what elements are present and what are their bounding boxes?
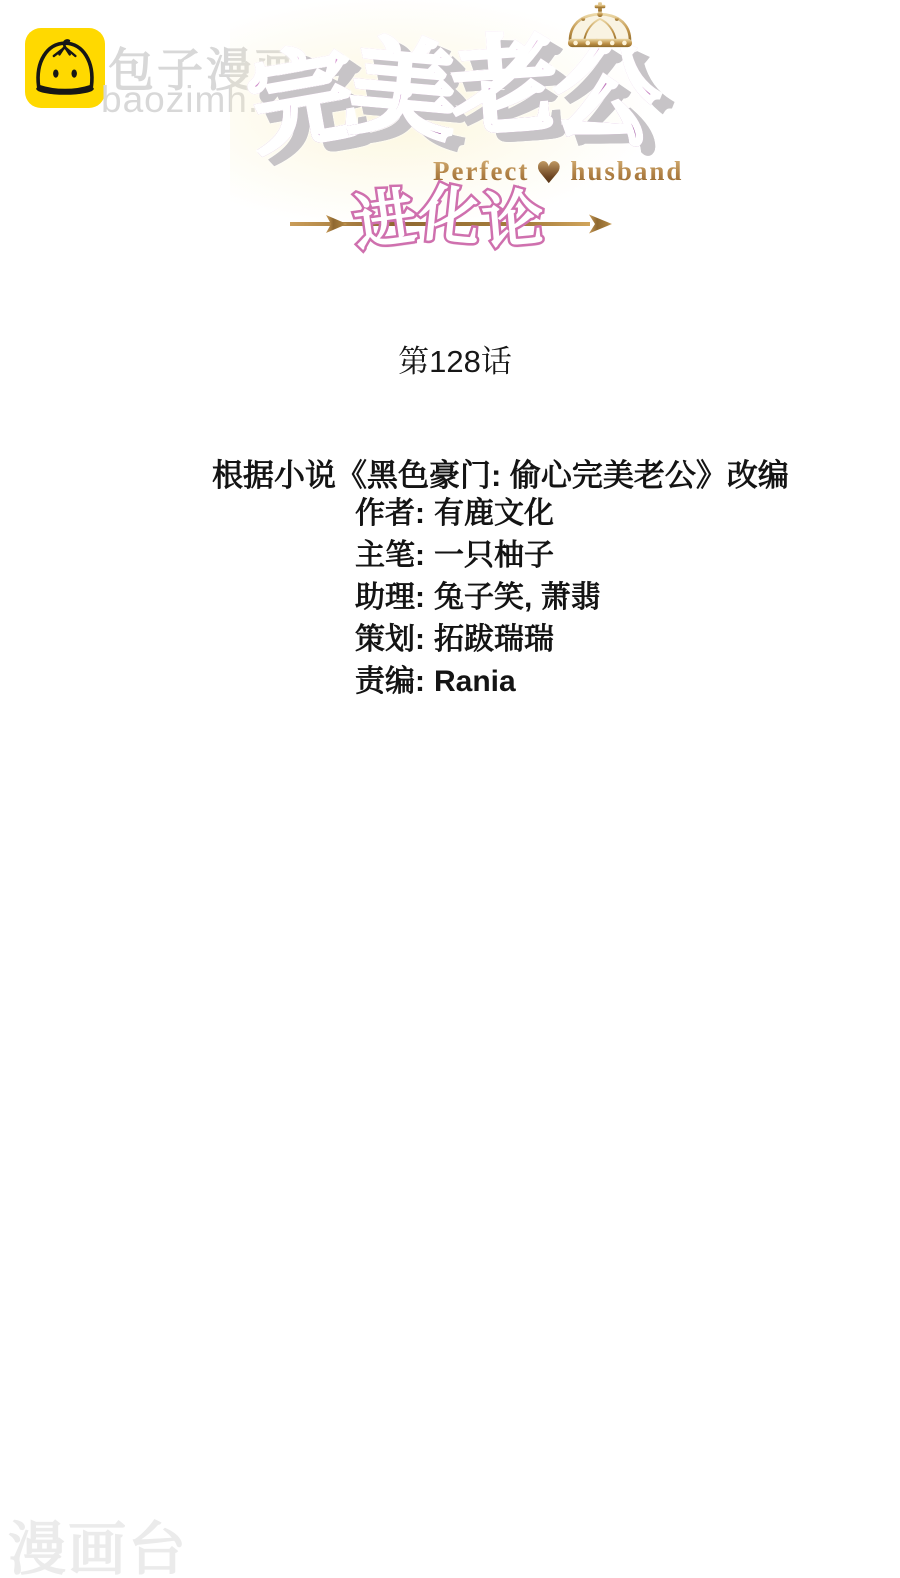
credit-row-planner: 策划:拓跋瑞瑞: [355, 625, 601, 655]
chapter-heading: 第128话: [0, 336, 900, 381]
credit-row-editor: 责编:Rania: [355, 667, 601, 697]
credit-value: 拓跋瑞瑞: [434, 623, 554, 656]
credit-value: 兔子笑, 萧翡: [434, 581, 601, 614]
title-en-right: husband: [570, 156, 683, 186]
credit-value: 一只柚子: [434, 539, 554, 572]
credit-row-lead-artist: 主笔:一只柚子: [355, 541, 601, 571]
baozi-bun-icon: [25, 28, 105, 108]
credits-list: 作者:有鹿文化 主笔:一只柚子 助理:兔子笑, 萧翡 策划:拓跋瑞瑞 责编:Ra…: [355, 499, 601, 697]
credit-row-author: 作者:有鹿文化: [355, 499, 601, 529]
crown-icon: [558, 0, 642, 50]
credit-value: 有鹿文化: [434, 497, 554, 530]
manhuatai-watermark: 漫画台: [8, 1502, 188, 1578]
series-subtitle: 进化论: [0, 184, 900, 258]
credit-value: Rania: [434, 665, 516, 698]
credit-label: 作者:: [355, 497, 425, 530]
credit-row-assistants: 助理:兔子笑, 萧翡: [355, 583, 601, 613]
credit-label: 责编:: [355, 665, 425, 698]
credit-label: 策划:: [355, 623, 425, 656]
credit-label: 助理:: [355, 581, 425, 614]
credit-label: 主笔:: [355, 539, 425, 572]
adapted-from-note: 根据小说《黑色豪门: 偷心完美老公》改编: [212, 450, 789, 495]
comic-title-page: 包子漫画 baozimh.com: [0, 0, 900, 1578]
